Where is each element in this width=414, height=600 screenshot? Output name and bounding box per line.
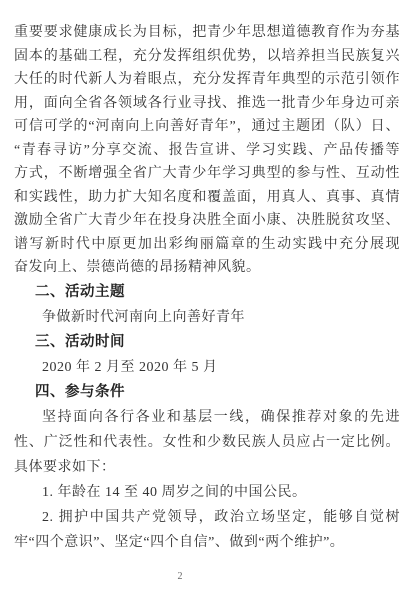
text-line: 2. 拥护中国共产党领导，政治立场坚定，能够自觉树 <box>14 505 400 530</box>
text-line: 方式，不断增强全省广大青少年学习典型的参与性、互动性 <box>14 162 400 186</box>
text-line: 可信可学的“河南向上向善好青年”，通过主题团（队）日、 <box>14 115 400 139</box>
condition-item-1: 1. 年龄在 14 至 40 周岁之间的中国公民。 <box>14 480 400 505</box>
text-line: 性、广泛性和代表性。女性和少数民族人员应占一定比例。 <box>14 430 400 455</box>
heading-participation-conditions: 四、参与条件 <box>14 380 400 405</box>
heading-activity-time: 三、活动时间 <box>14 330 400 355</box>
intro-paragraph: 重要要求健康成长为目标，把青少年思想道德教育作为夯基 固本的基础工程，充分发挥组… <box>14 21 400 280</box>
text-line: 谱写新时代中原更加出彩绚丽篇章的生动实践中充分展现 <box>14 233 400 257</box>
document-page: 重要要求健康成长为目标，把青少年思想道德教育作为夯基 固本的基础工程，充分发挥组… <box>0 0 414 600</box>
activity-time-text: 2020 年 2 月至 2020 年 5 月 <box>14 355 400 380</box>
text-line: 重要要求健康成长为目标，把青少年思想道德教育作为夯基 <box>14 21 400 45</box>
text-line: 奋发向上、崇德尚德的昂扬精神风貌。 <box>14 256 400 280</box>
text-line: 用，面向全省各领域各行业寻找、推选一批青少年身边可亲 <box>14 92 400 116</box>
text-line: 牢“四个意识”、坚定“四个自信”、做到“两个维护”。 <box>14 530 400 555</box>
page-number: 2 <box>0 571 373 583</box>
text-line: 固本的基础工程，充分发挥组织优势，以培养担当民族复兴 <box>14 45 400 69</box>
condition-item-2: 2. 拥护中国共产党领导，政治立场坚定，能够自觉树 牢“四个意识”、坚定“四个自… <box>14 505 400 555</box>
conditions-paragraph: 坚持面向各行各业和基层一线，确保推荐对象的先进 性、广泛性和代表性。女性和少数民… <box>14 405 400 480</box>
text-line: “青春寻访”分享交流、报告宣讲、学习实践、产品传播等 <box>14 139 400 163</box>
text-line: 激励全省广大青少年在投身决胜全面小康、决胜脱贫攻坚、 <box>14 209 400 233</box>
text-line: 坚持面向各行各业和基层一线，确保推荐对象的先进 <box>14 405 400 430</box>
text-line: 大任的时代新人为着眼点，充分发挥青年典型的示范引领作 <box>14 68 400 92</box>
text-line: 和实践性，助力扩大知名度和覆盖面，用真人、真事、真情 <box>14 186 400 210</box>
text-line: 具体要求如下： <box>14 455 400 480</box>
activity-theme-text: 争做新时代河南向上向善好青年 <box>14 305 400 330</box>
heading-activity-theme: 二、活动主题 <box>14 280 400 305</box>
